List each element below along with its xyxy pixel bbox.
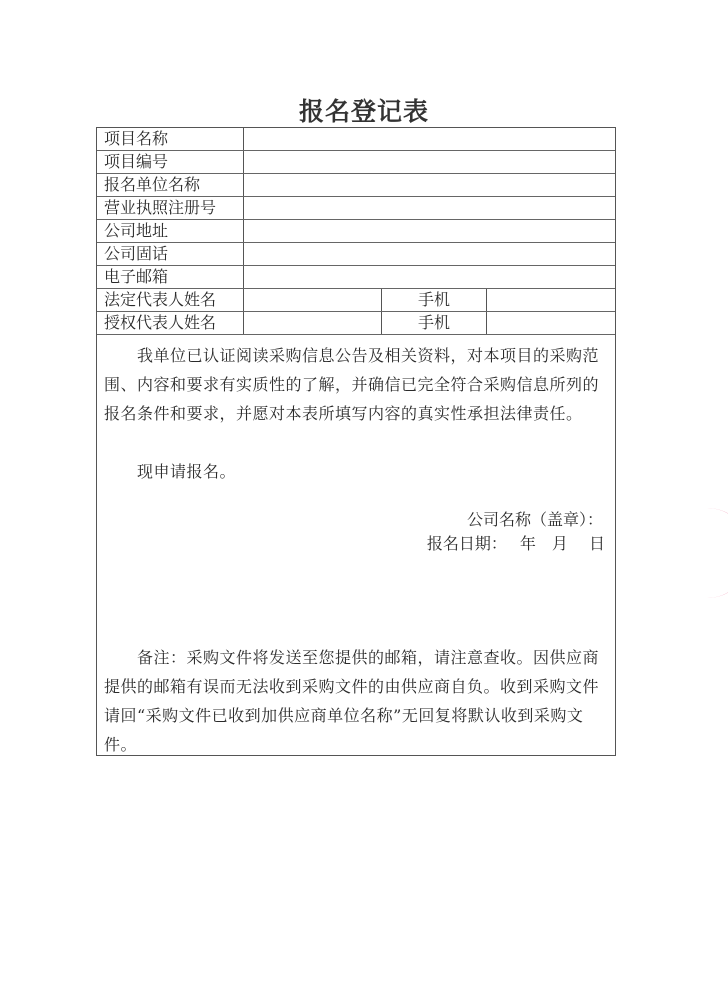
registration-form: 项目名称 项目编号 报名单位名称 营业执照注册号 公司地址 公司固话 电子邮箱 … [96,127,616,756]
label-project-name: 项目名称 [97,128,244,150]
row-legal-rep: 法定代表人姓名 手机 [97,289,615,312]
apply-text: 现申请报名。 [137,457,637,486]
label-project-number: 项目编号 [97,151,244,173]
label-email: 电子邮箱 [97,266,244,288]
label-company-name: 报名单位名称 [97,174,244,196]
company-seal-label: 公司名称（盖章）： [467,507,603,530]
label-legal-rep: 法定代表人姓名 [97,289,244,311]
row-license-number: 营业执照注册号 [97,197,615,220]
field-license-number[interactable] [244,197,615,219]
label-company-address: 公司地址 [97,220,244,242]
declaration-section: 我单位已认证阅读采购信息公告及相关资料，对本项目的采购范围、内容和要求有实质性的… [97,335,615,755]
field-email[interactable] [244,266,615,288]
row-company-address: 公司地址 [97,220,615,243]
label-authorized-rep-mobile: 手机 [382,312,487,334]
field-legal-rep-mobile[interactable] [487,289,615,311]
declaration-text: 我单位已认证阅读采购信息公告及相关资料，对本项目的采购范围、内容和要求有实质性的… [104,341,604,428]
field-project-number[interactable] [244,151,615,173]
form-title: 报名登记表 [0,92,728,128]
seal-stamp-mark [690,508,728,598]
field-company-address[interactable] [244,220,615,242]
field-authorized-rep-mobile[interactable] [487,312,615,334]
label-company-phone: 公司固话 [97,243,244,265]
label-legal-rep-mobile: 手机 [382,289,487,311]
registration-date: 报名日期： 年 月 日 [427,531,605,554]
row-email: 电子邮箱 [97,266,615,289]
field-authorized-rep-name[interactable] [244,312,382,334]
label-authorized-rep: 授权代表人姓名 [97,312,244,334]
field-project-name[interactable] [244,128,615,150]
field-company-name[interactable] [244,174,615,196]
row-project-name: 项目名称 [97,128,615,151]
field-legal-rep-name[interactable] [244,289,382,311]
row-project-number: 项目编号 [97,151,615,174]
row-company-phone: 公司固话 [97,243,615,266]
field-company-phone[interactable] [244,243,615,265]
row-authorized-rep: 授权代表人姓名 手机 [97,312,615,335]
label-license-number: 营业执照注册号 [97,197,244,219]
row-company-name: 报名单位名称 [97,174,615,197]
note-text: 备注：采购文件将发送至您提供的邮箱，请注意查收。因供应商提供的邮箱有误而无法收到… [104,643,604,759]
